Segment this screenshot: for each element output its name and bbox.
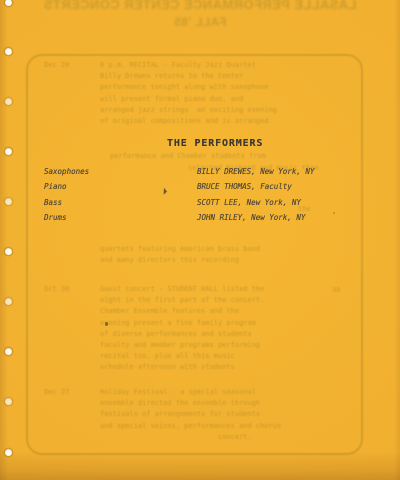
bleedthrough-line: will present formal piano duo, and [100,94,277,105]
bleedthrough-line: schedule afternoon with students [100,362,264,373]
performer-row: Saxophones BILLY DREWES, New York, NY [0,167,400,182]
bleedthrough-line: and special voices, performances and cho… [100,421,281,432]
performer-name: BRUCE THOMAS, Faculty [197,182,292,191]
punch-hole [5,148,12,155]
performer-row: Piano BRUCE THOMAS, Faculty [0,182,400,197]
bleedthrough-line: of original compositions and is arranged [100,116,277,127]
bleedthrough-date-label: Dec 20 [44,60,69,71]
punch-hole [5,398,12,405]
performers-list: Saxophones BILLY DREWES, New York, NY Pi… [0,167,400,228]
bleedthrough-date-label: Oct 30 [44,284,69,295]
bleedthrough-line: Holiday Festival - a special seasonal [100,387,281,398]
bleedthrough-line: ensemble directed the ensemble through [100,398,281,409]
bleedthrough-line: recital too, plus all this music [100,351,264,362]
bleedthrough-date-label: Dec 27 [44,387,69,398]
instrument-label: Saxophones [44,167,89,176]
bleedthrough-line: of diverse performances and students [100,329,264,340]
bleedthrough-line: performance tonight along with saxophone [100,82,277,93]
performer-name: SCOTT LEE, New York, NY [197,198,301,207]
ink-speck [333,212,335,214]
bleedthrough-line: concert. [100,432,281,443]
bleedthrough-line: festivals of arrangements for students [100,409,281,420]
bleedthrough-line: Guest concert - STUDENT HALL listed the [100,284,264,295]
bleedthrough-subheader: FALL '85 [0,15,400,29]
bleedthrough-line: Billy Drewes returns to the Center [100,71,277,82]
ink-speck [105,322,108,326]
punch-hole [5,298,12,305]
scanned-program-page: LASALLE PERFORMANCE CENTER CONCERTS FALL… [0,0,400,480]
instrument-label: Piano [44,182,67,191]
bleedthrough-line: arranged jazz strings an exciting evenin… [100,105,277,116]
instrument-label: Bass [44,198,62,207]
performer-row: Bass SCOTT LEE, New York, NY [0,198,400,213]
bleedthrough-line: quartets featuring American brass band [100,244,260,255]
punch-hole [5,48,12,55]
bleedthrough-line: Chamber Ensemble features and the [100,306,264,317]
bleedthrough-line: and many directors this recording [100,255,260,266]
bleedthrough-line: evening present a fine family program [100,318,264,329]
bleedthrough-scrap: performance and Chamber students from [110,151,266,162]
punch-hole [5,348,12,355]
bleedthrough-line: night in the first part of the concert. [100,295,264,306]
bleedthrough-scrap: 30 [332,285,340,296]
bleedthrough-line: 8 p.m. RECITAL - Faculty Jazz Quartet [100,60,277,71]
bleedthrough-header: LASALLE PERFORMANCE CENTER CONCERTS [0,0,400,12]
bleedthrough-line: faculty and member programs performing [100,340,264,351]
punch-hole [5,248,12,255]
performer-row: Drums JOHN RILEY, New York, NY [0,213,400,228]
performer-name: BILLY DREWES, New York, NY [197,167,314,176]
performer-name: JOHN RILEY, New York, NY [197,213,305,222]
page-title: THE PERFORMERS [167,138,263,149]
punch-hole [5,98,12,105]
punch-hole [5,449,12,456]
instrument-label: Drums [44,213,67,222]
